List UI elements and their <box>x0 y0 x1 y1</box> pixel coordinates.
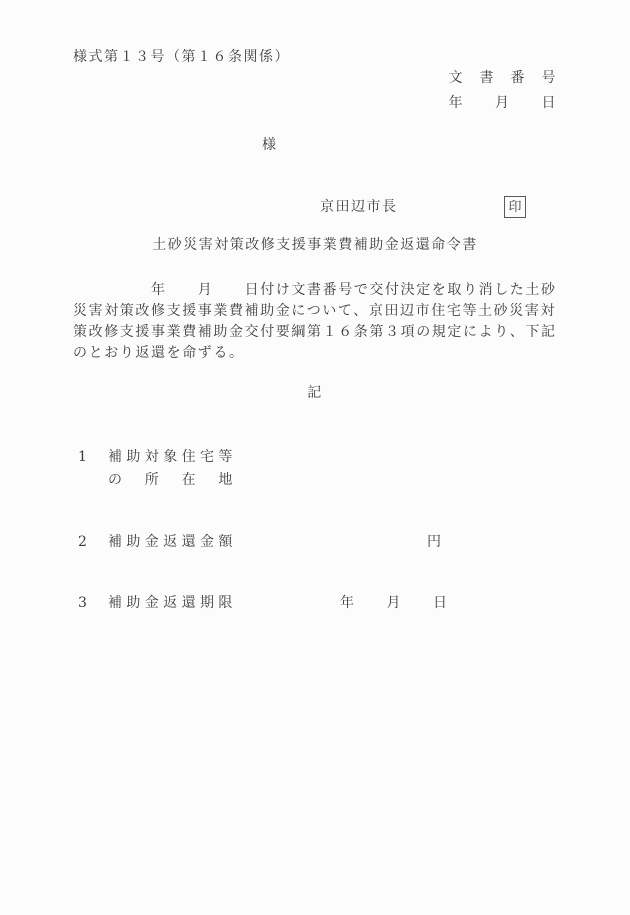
body-line: 年 月 日付け文書番号で交付決定を取り消した土砂 <box>73 280 563 301</box>
item-2-label: 補助金返還金額 <box>108 535 237 549</box>
form-number: 様式第１３号（第１６条関係） <box>73 50 290 64</box>
document-page: 様式第１３号（第１６条関係） 文 書 番 号 年 月 日 様 京田辺市長 印 土… <box>0 0 630 915</box>
body-line: 災害対策改修支援事業費補助金について、京田辺市住宅等土砂災害対 <box>73 301 563 322</box>
item-3-label: 補助金返還期限 <box>108 596 237 610</box>
document-title: 土砂災害対策改修支援事業費補助金返還命令書 <box>0 238 630 252</box>
item-2-number: 2 <box>78 535 88 549</box>
body-line: のとおり返還を命ずる。 <box>73 343 563 364</box>
doc-date-placeholder: 年 月 日 <box>449 96 558 110</box>
item-2-unit: 円 <box>427 535 443 549</box>
seal-stamp-box: 印 <box>504 196 526 218</box>
addressee-honorific: 様 <box>262 138 278 152</box>
item-1-label-line1: 補助対象住宅等 <box>108 450 237 464</box>
body-paragraph: 年 月 日付け文書番号で交付決定を取り消した土砂 災害対策改修支援事業費補助金に… <box>73 280 563 364</box>
doc-number-placeholder: 文 書 番 号 <box>449 71 558 85</box>
issuer-name: 京田辺市長 <box>320 200 398 214</box>
list-marker: 記 <box>0 386 630 400</box>
item-3-date-placeholder: 年 月 日 <box>340 596 449 610</box>
item-1-number: 1 <box>78 450 88 464</box>
item-1-label-line2: の 所 在 地 <box>108 473 237 487</box>
seal-character: 印 <box>508 201 521 214</box>
body-line: 策改修支援事業費補助金交付要綱第１６条第３項の規定により、下記 <box>73 322 563 343</box>
item-3-number: 3 <box>78 596 88 610</box>
